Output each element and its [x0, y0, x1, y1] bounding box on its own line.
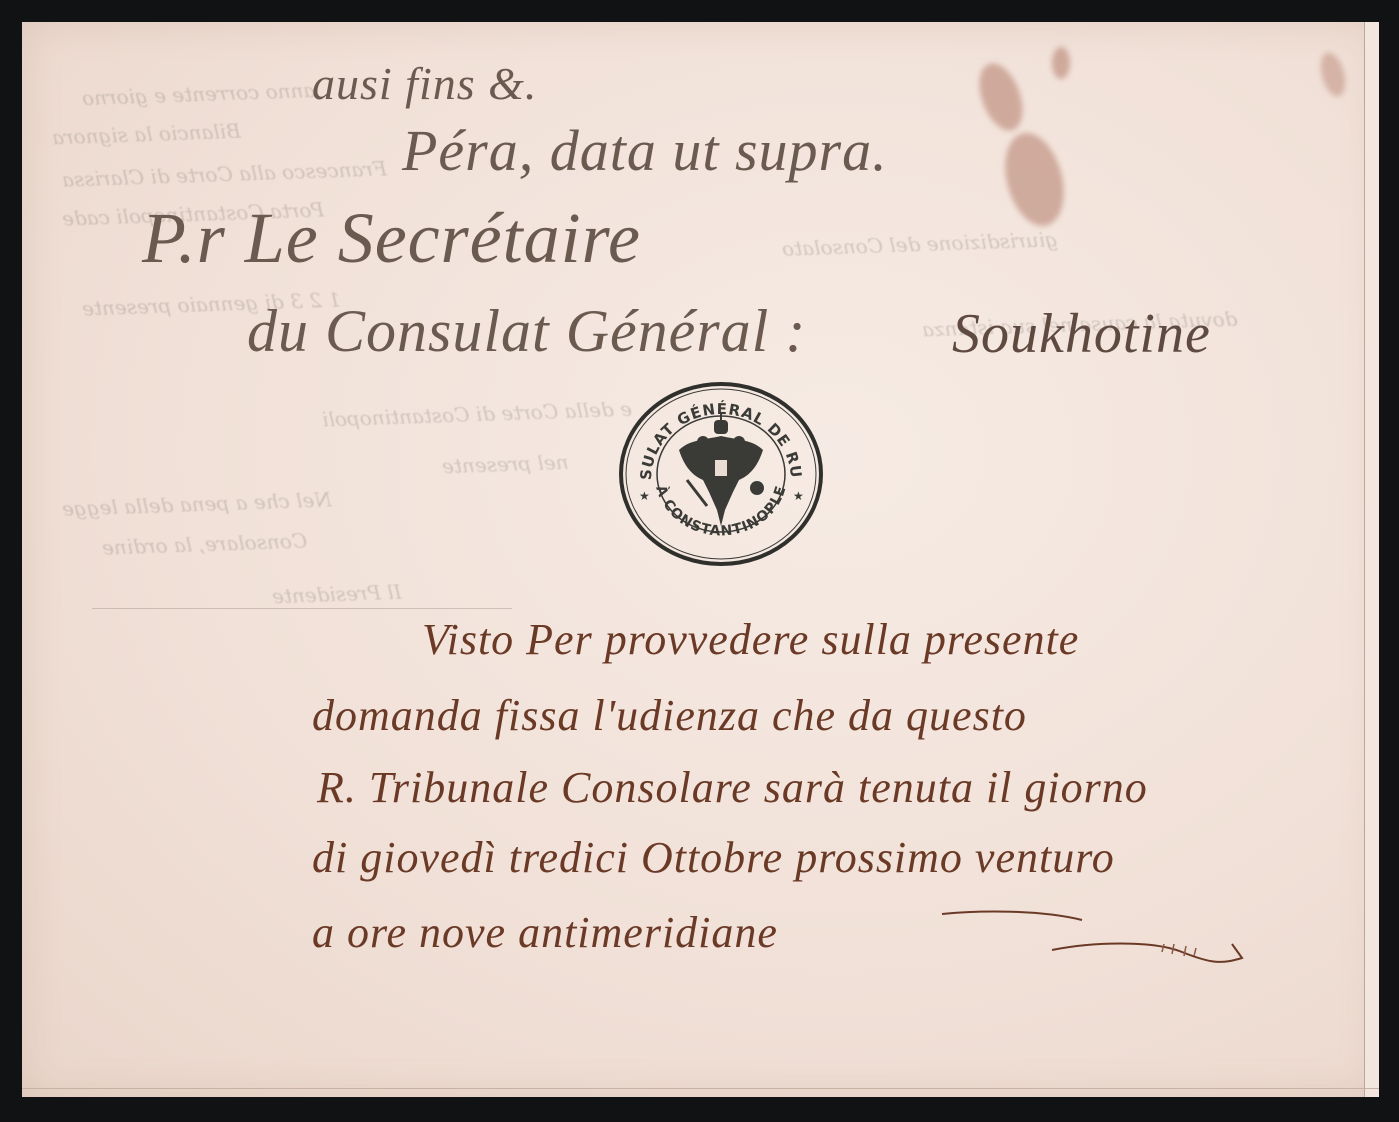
- folded-right-edge: [1364, 22, 1379, 1097]
- bleed-through-text: Il Presidente: [272, 580, 402, 609]
- signature-soukhotine: Soukhotine: [952, 302, 1211, 366]
- bleed-through-text: Francesco alla Corte di Clarissa: [62, 156, 388, 191]
- bleed-through-text: Consolare, la ordine: [102, 528, 308, 559]
- consular-seal: CONSULAT GÉNÉRAL DE RUSSIE À CONSTANTINO…: [617, 380, 825, 568]
- ink-stain: [1317, 50, 1350, 99]
- paraph-flourish-icon: [922, 902, 1252, 982]
- ink-stain: [971, 58, 1031, 137]
- bleed-through-text: Bilancio la signora: [52, 119, 242, 150]
- text-consulat-general: du Consulat Général :: [247, 297, 806, 366]
- double-headed-eagle-icon: [679, 414, 764, 526]
- bleed-through-text: e della Corte di Costantinopoli: [322, 397, 633, 432]
- seal-star-right: ★: [793, 489, 804, 503]
- bleed-through-rule: [92, 608, 512, 609]
- text-line-visto: Visto Per provvedere sulla presente: [422, 614, 1079, 665]
- text-line-ore-nove: a ore nove antimeridiane: [312, 907, 778, 958]
- bleed-through-text: Nel che a pena della legge: [62, 487, 333, 520]
- bleed-through-text: anno corrente e giorno: [82, 78, 316, 110]
- bottom-fold-line: [22, 1088, 1379, 1097]
- text-ausi-fins: ausi fins &.: [312, 57, 537, 110]
- text-line-tribunale: R. Tribunale Consolare sarà tenuta il gi…: [317, 762, 1148, 813]
- ink-stain: [1052, 47, 1070, 79]
- bleed-through-text: nel presente: [442, 450, 569, 478]
- bleed-through-text: giurisdizione del Consolato: [782, 227, 1059, 261]
- ink-stain: [996, 127, 1074, 233]
- seal-star-left: ★: [639, 489, 650, 503]
- text-line-domanda: domanda fissa l'udienza che da questo: [312, 690, 1027, 741]
- text-secretaire: P.r Le Secrétaire: [142, 197, 641, 280]
- text-line-giovedi: di giovedì tredici Ottobre prossimo vent…: [312, 832, 1115, 883]
- text-pera-data: Péra, data ut supra.: [402, 117, 888, 184]
